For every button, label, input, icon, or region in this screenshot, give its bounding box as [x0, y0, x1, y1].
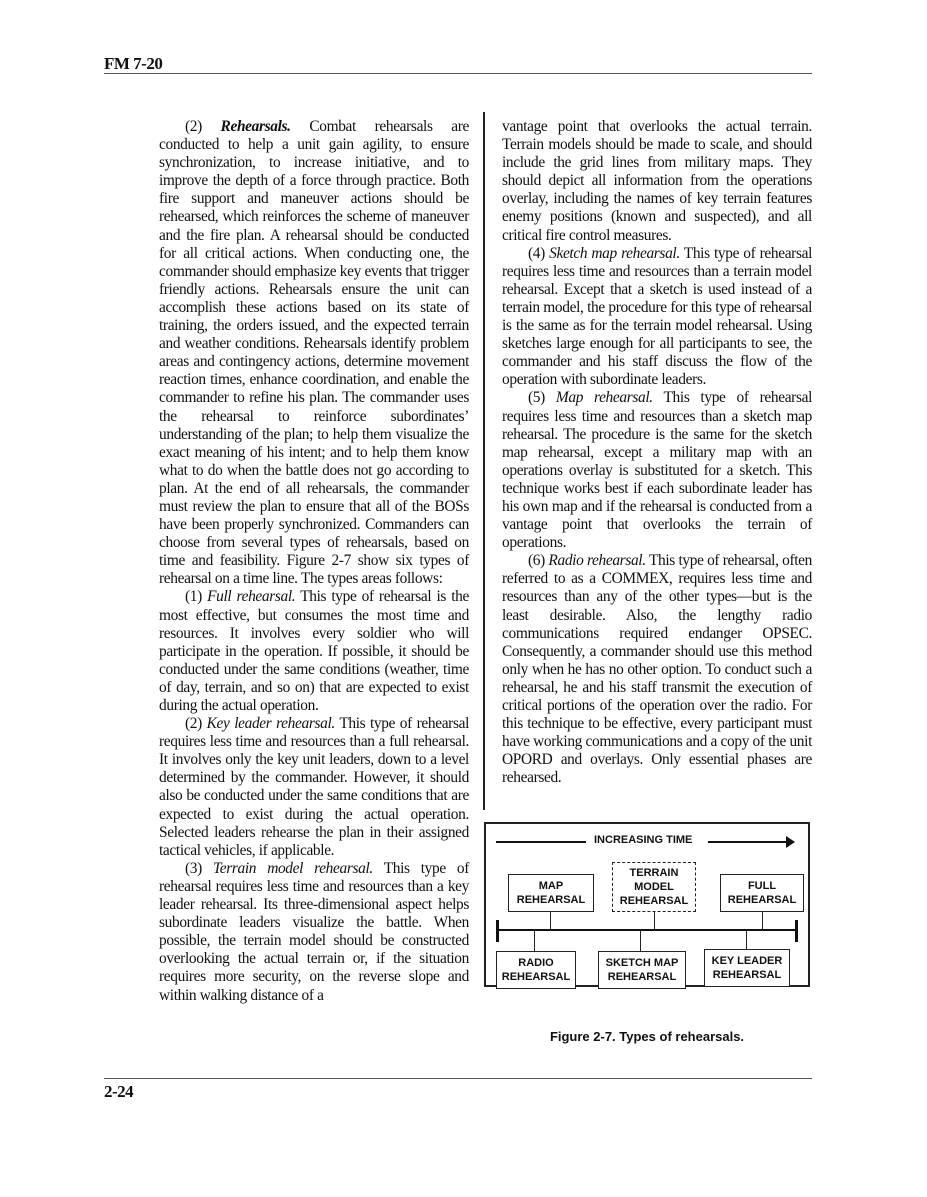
box-key-leader-rehearsal: KEY LEADER REHEARSAL: [704, 949, 790, 987]
box-map-rehearsal: MAP REHEARSAL: [508, 874, 594, 912]
paragraph-heading: Terrain model rehearsal.: [213, 860, 373, 877]
paragraph-text: This type of rehearsal requires less tim…: [502, 245, 812, 389]
figure-caption: Figure 2-7. Types of rehearsals.: [484, 1029, 810, 1044]
paragraph-heading: Rehearsals.: [221, 118, 291, 135]
paragraph-key-leader-rehearsal: (2) Key leader rehearsal. This type of r…: [159, 715, 469, 860]
paragraph-heading: Radio rehearsal.: [548, 552, 645, 569]
paragraph-text: This type of rehearsal requires less tim…: [159, 715, 469, 859]
paragraph-number: (5): [528, 389, 556, 406]
paragraph-number: (2): [185, 118, 221, 135]
paragraph-number: (2): [185, 715, 207, 732]
arrow-right-icon: [786, 836, 795, 848]
paragraph-number: (4): [528, 245, 549, 262]
box-terrain-model-rehearsal: TERRAIN MODEL REHEARSAL: [612, 862, 696, 912]
paragraph-text: This type of rehearsal is the most effec…: [159, 588, 469, 714]
connector: [550, 912, 551, 929]
running-header: FM 7-20: [104, 54, 162, 74]
header-rule: [104, 73, 812, 74]
figure-types-of-rehearsals: INCREASING TIME MAP REHEARSAL TERRAIN MO…: [484, 822, 810, 987]
paragraph-number: (6): [528, 552, 548, 569]
footer-rule: [104, 1078, 812, 1079]
connector: [654, 912, 655, 929]
connector: [746, 931, 747, 949]
paragraph-continued: vantage point that overlooks the actual …: [502, 118, 812, 245]
paragraph-text: Combat rehearsals are conducted to help …: [159, 118, 469, 587]
left-column: (2) Rehearsals. Combat rehearsals are co…: [159, 118, 469, 1005]
change-bar: [483, 112, 485, 810]
time-line-left: [496, 841, 586, 843]
paragraph-heading: Full rehearsal.: [207, 588, 295, 605]
paragraph-heading: Key leader rehearsal.: [207, 715, 335, 732]
paragraph-number: (3): [185, 860, 213, 877]
box-full-rehearsal: FULL REHEARSAL: [720, 874, 804, 912]
box-sketch-map-rehearsal: SKETCH MAP REHEARSAL: [598, 951, 686, 989]
paragraph-map-rehearsal: (5) Map rehearsal. This type of rehearsa…: [502, 389, 812, 552]
paragraph-radio-rehearsal: (6) Radio rehearsal. This type of rehear…: [502, 552, 812, 787]
paragraph-heading: Map rehearsal.: [556, 389, 653, 406]
paragraph-number: (1): [185, 588, 207, 605]
connector: [640, 931, 641, 951]
time-line-right: [708, 841, 788, 843]
page-number: 2-24: [104, 1082, 133, 1102]
box-radio-rehearsal: RADIO REHEARSAL: [496, 951, 576, 989]
paragraph-text: This type of rehearsal requires less tim…: [159, 860, 469, 1004]
paragraph-text: This type of rehearsal requires less tim…: [502, 389, 812, 551]
paragraph-terrain-model-rehearsal: (3) Terrain model rehearsal. This type o…: [159, 860, 469, 1005]
right-column: vantage point that overlooks the actual …: [502, 118, 812, 787]
connector: [534, 931, 535, 951]
timeline-start-cap: [496, 920, 499, 942]
paragraph-sketch-map-rehearsal: (4) Sketch map rehearsal. This type of r…: [502, 245, 812, 390]
timeline-bar: [496, 929, 798, 931]
connector: [762, 912, 763, 929]
timeline-end-cap: [795, 920, 798, 942]
paragraph-heading: Sketch map rehearsal.: [549, 245, 680, 262]
paragraph-text: This type of rehearsal, often referred t…: [502, 552, 812, 786]
paragraph-full-rehearsal: (1) Full rehearsal. This type of rehears…: [159, 588, 469, 715]
paragraph-rehearsals: (2) Rehearsals. Combat rehearsals are co…: [159, 118, 469, 588]
time-axis-label: INCREASING TIME: [594, 834, 692, 846]
